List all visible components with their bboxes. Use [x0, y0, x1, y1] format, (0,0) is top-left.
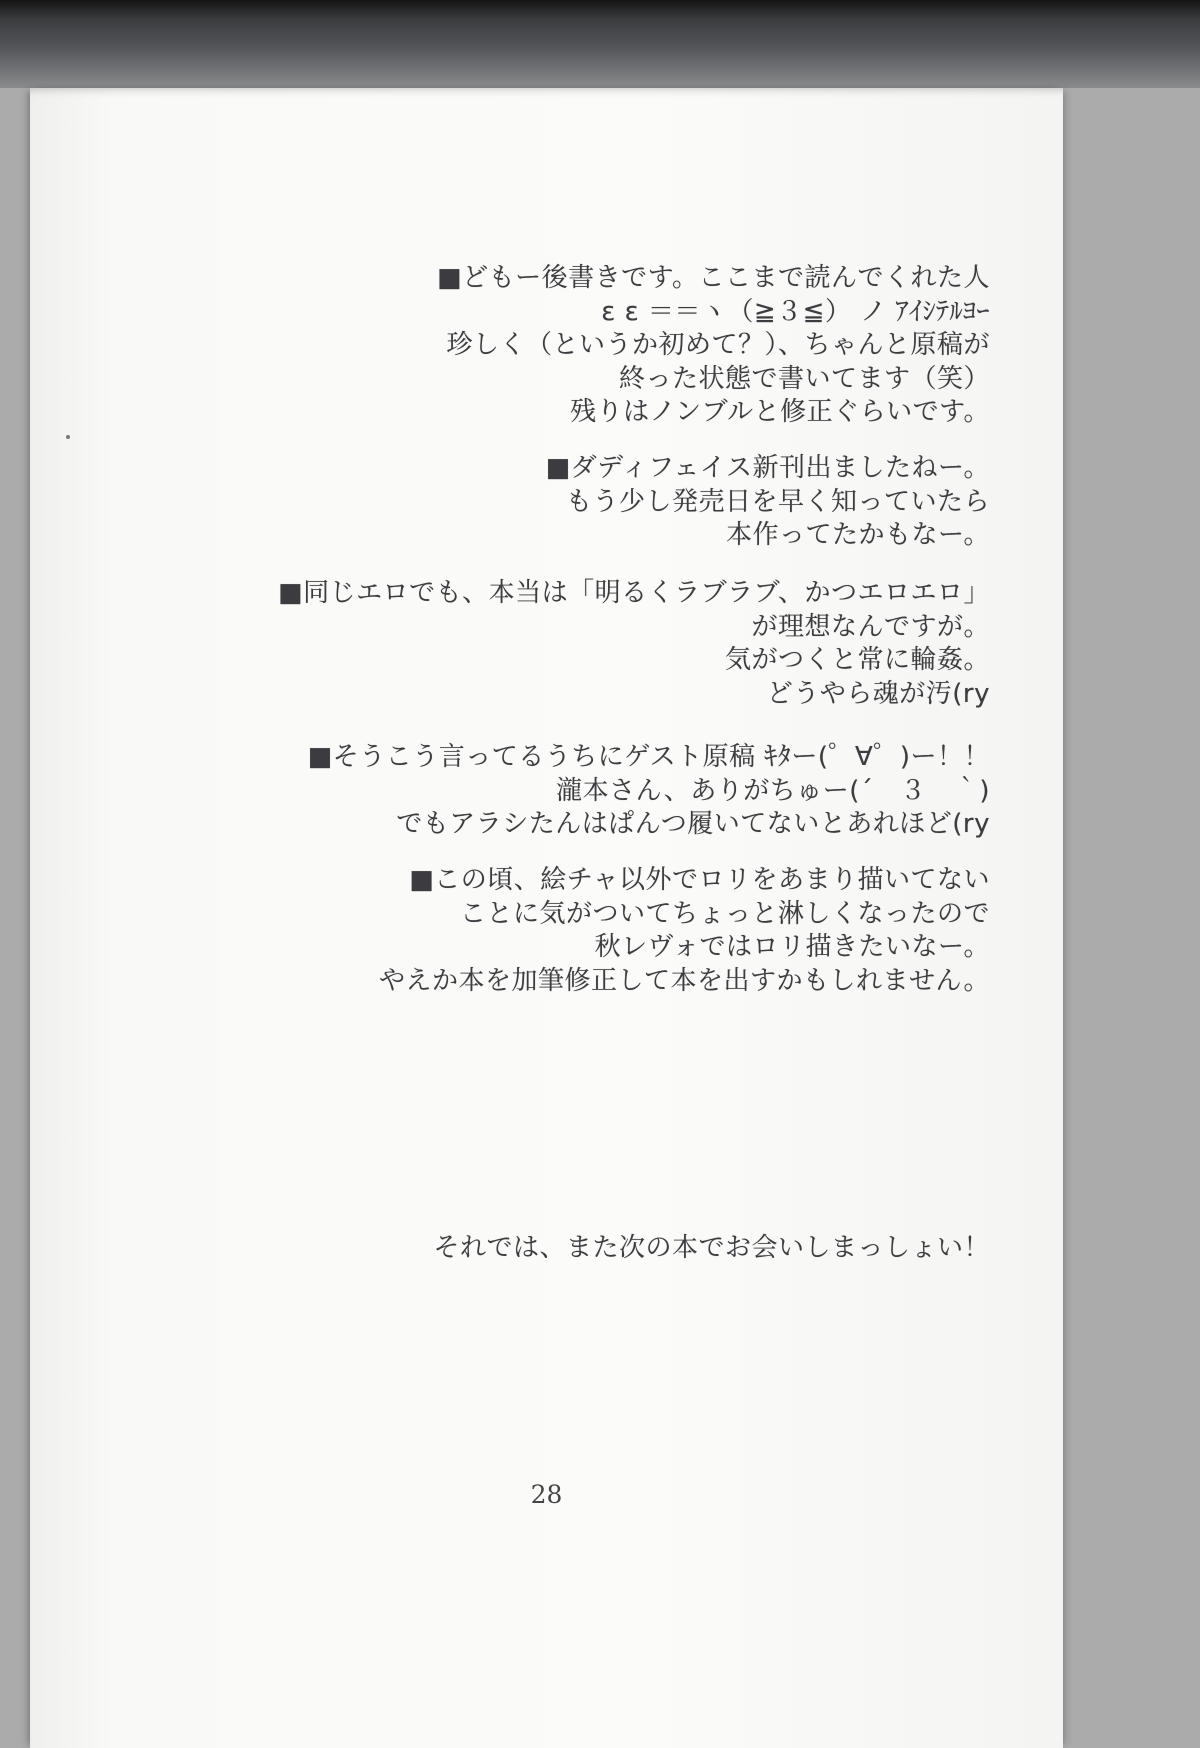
- text-line: 気がつくと常に輪姦。: [30, 644, 990, 678]
- text-line: ■同じエロでも、本当は「明るくラブラブ、かつエロエロ」: [30, 577, 990, 611]
- text-line-emoticon: 瀧本さん、ありがちゅー(´ ３ ｀): [30, 775, 990, 809]
- page-number: 28: [30, 1480, 1063, 1509]
- text-line: ■どもー後書きです。ここまで読んでくれた人: [30, 262, 990, 296]
- paragraph-loli: ■この頃、絵チャ以外でロリをあまり描いてない ことに気がついてちょっと淋しくなっ…: [30, 864, 990, 998]
- text-line: 珍しく（というか初めて？）、ちゃんと原稿が: [30, 329, 990, 363]
- text-line: 終った状態で書いてます（笑）: [30, 363, 990, 397]
- text-line: ■この頃、絵チャ以外でロリをあまり描いてない: [30, 864, 990, 898]
- paragraph-new-release: ■ダディフェイス新刊出ましたねー。 もう少し発売日を早く知っていたら 本作ってた…: [30, 452, 990, 553]
- paragraph-guest: ■そうこう言ってるうちにゲスト原稿 ｷﾀー(゜∀゜)ー！！ 瀧本さん、ありがちゅ…: [30, 741, 990, 842]
- text-line: が理想なんですが。: [30, 611, 990, 645]
- text-line: でもアラシたんはぱんつ履いてないとあれほど(ry: [30, 808, 990, 842]
- text-line: もう少し発売日を早く知っていたら: [30, 486, 990, 520]
- text-line: 本作ってたかもなー。: [30, 519, 990, 553]
- paper-page: ■どもー後書きです。ここまで読んでくれた人 ε ε ＝＝ヽ（≧３≦） ノ ｱｲｼ…: [30, 88, 1063, 1748]
- closing-line: それでは、また次の本でお会いしまっしょい！: [30, 1232, 990, 1266]
- text-line: 秋レヴォではロリ描きたいなー。: [30, 931, 990, 965]
- text-line: やえか本を加筆修正して本を出すかもしれません。: [30, 965, 990, 999]
- paragraph-greeting: ■どもー後書きです。ここまで読んでくれた人 ε ε ＝＝ヽ（≧３≦） ノ ｱｲｼ…: [30, 262, 990, 430]
- text-line: ■ダディフェイス新刊出ましたねー。: [30, 452, 990, 486]
- scan-top-shadow-band: [0, 0, 1200, 88]
- text-line: どうやら魂が汚(ry: [30, 678, 990, 712]
- text-line: 残りはノンブルと修正ぐらいです。: [30, 396, 990, 430]
- text-line-emoticon: ε ε ＝＝ヽ（≧３≦） ノ ｱｲｼﾃﾙﾖｰ: [30, 296, 990, 330]
- text-line: ことに気がついてちょっと淋しくなったので: [30, 898, 990, 932]
- paragraph-ideal: ■同じエロでも、本当は「明るくラブラブ、かつエロエロ」 が理想なんですが。 気が…: [30, 577, 990, 711]
- scan-speck: [66, 435, 70, 439]
- text-line-emoticon: ■そうこう言ってるうちにゲスト原稿 ｷﾀー(゜∀゜)ー！！: [30, 741, 990, 775]
